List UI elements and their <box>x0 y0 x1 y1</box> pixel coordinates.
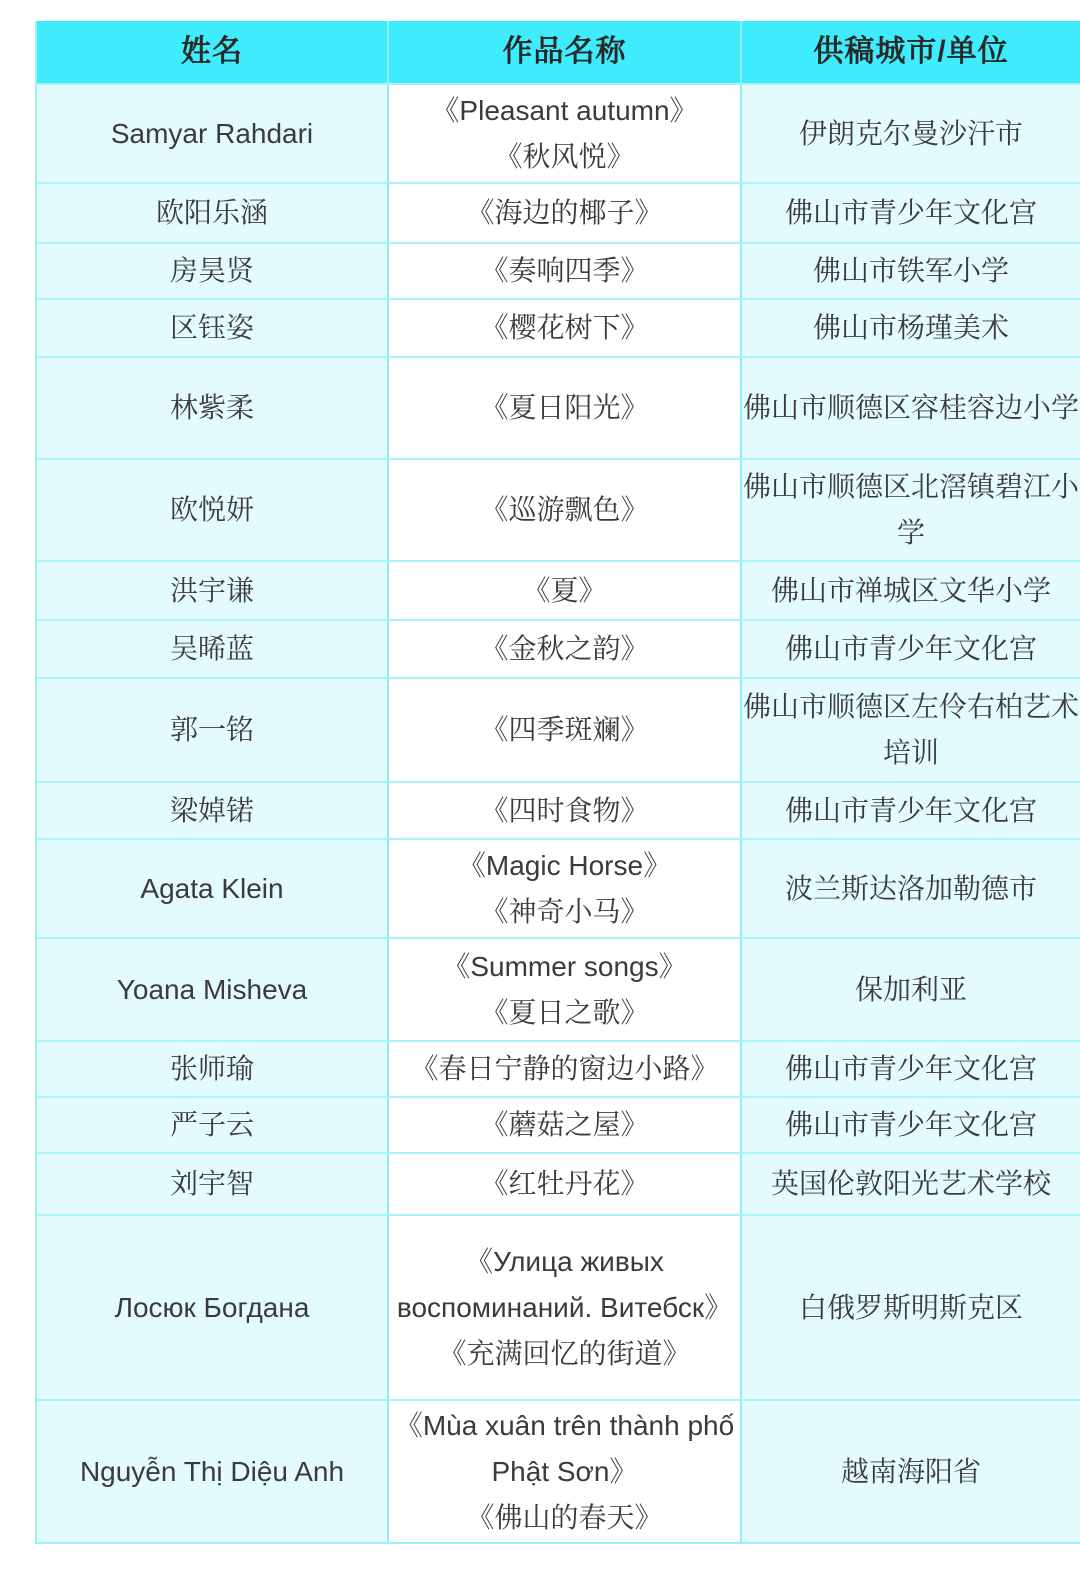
table-row: 林紫柔 《夏日阳光》 佛山市顺德区容桂容边小学 <box>37 356 1080 458</box>
table-row: 房昊贤 《奏响四季》 佛山市铁军小学 <box>37 242 1080 298</box>
cell-city: 保加利亚 <box>740 937 1080 1040</box>
cell-city: 佛山市顺德区北滘镇碧江小学 <box>740 458 1080 560</box>
cell-name: 郭一铭 <box>37 677 387 781</box>
cell-name: Samyar Rahdari <box>37 83 387 182</box>
cell-name: 严子云 <box>37 1096 387 1152</box>
cell-city: 佛山市禅城区文华小学 <box>740 560 1080 619</box>
cell-city: 佛山市青少年文化宫 <box>740 1096 1080 1152</box>
cell-city: 佛山市顺德区容桂容边小学 <box>740 356 1080 458</box>
table-row: Nguyễn Thị Diệu Anh 《Mùa xuân trên thành… <box>37 1399 1080 1542</box>
column-header-city: 供稿城市/单位 <box>740 21 1080 83</box>
table-row: 欧阳乐涵 《海边的椰子》 佛山市青少年文化宫 <box>37 182 1080 242</box>
cell-name: 房昊贤 <box>37 242 387 298</box>
cell-work: 《夏日阳光》 <box>387 356 740 458</box>
table-row: 欧悦妍 《巡游飘色》 佛山市顺德区北滘镇碧江小学 <box>37 458 1080 560</box>
cell-city: 越南海阳省 <box>740 1399 1080 1542</box>
table-row: 梁婥锘 《四时食物》 佛山市青少年文化宫 <box>37 781 1080 838</box>
cell-city: 英国伦敦阳光艺术学校 <box>740 1152 1080 1214</box>
table-row: 吴晞蓝 《金秋之韵》 佛山市青少年文化宫 <box>37 619 1080 677</box>
cell-city: 波兰斯达洛加勒德市 <box>740 838 1080 937</box>
cell-name: 欧阳乐涵 <box>37 182 387 242</box>
cell-name: 区钰姿 <box>37 298 387 356</box>
cell-city: 佛山市青少年文化宫 <box>740 781 1080 838</box>
cell-city: 佛山市杨瑾美术 <box>740 298 1080 356</box>
cell-work: 《Summer songs》 《夏日之歌》 <box>387 937 740 1040</box>
cell-work: 《夏》 <box>387 560 740 619</box>
table-row: Agata Klein 《Magic Horse》 《神奇小马》 波兰斯达洛加勒… <box>37 838 1080 937</box>
table-header-row: 姓名 作品名称 供稿城市/单位 <box>37 21 1080 83</box>
table-row: 刘宇智 《红牡丹花》 英国伦敦阳光艺术学校 <box>37 1152 1080 1214</box>
cell-name: Nguyễn Thị Diệu Anh <box>37 1399 387 1542</box>
table-row: 区钰姿 《樱花树下》 佛山市杨瑾美术 <box>37 298 1080 356</box>
cell-name: 欧悦妍 <box>37 458 387 560</box>
cell-name: Yoana Misheva <box>37 937 387 1040</box>
table-row: Samyar Rahdari 《Pleasant autumn》 《秋风悦》 伊… <box>37 83 1080 182</box>
cell-work: 《樱花树下》 <box>387 298 740 356</box>
cell-work: 《Pleasant autumn》 《秋风悦》 <box>387 83 740 182</box>
cell-work: 《春日宁静的窗边小路》 <box>387 1040 740 1096</box>
cell-work: 《Mùa xuân trên thành phố Phật Sơn》 《佛山的春… <box>387 1399 740 1542</box>
contribution-table: 姓名 作品名称 供稿城市/单位 Samyar Rahdari 《Pleasant… <box>35 21 1080 1544</box>
cell-work: 《巡游飘色》 <box>387 458 740 560</box>
table-row: 郭一铭 《四季斑斓》 佛山市顺德区左伶右柏艺术培训 <box>37 677 1080 781</box>
cell-city: 佛山市青少年文化宫 <box>740 619 1080 677</box>
cell-work: 《蘑菇之屋》 <box>387 1096 740 1152</box>
cell-work: 《红牡丹花》 <box>387 1152 740 1214</box>
cell-name: 洪宇谦 <box>37 560 387 619</box>
cell-work: 《Magic Horse》 《神奇小马》 <box>387 838 740 937</box>
cell-name: Agata Klein <box>37 838 387 937</box>
cell-work: 《金秋之韵》 <box>387 619 740 677</box>
cell-name: 张师瑜 <box>37 1040 387 1096</box>
cell-city: 佛山市铁军小学 <box>740 242 1080 298</box>
table-row: 严子云 《蘑菇之屋》 佛山市青少年文化宫 <box>37 1096 1080 1152</box>
table-row: 洪宇谦 《夏》 佛山市禅城区文华小学 <box>37 560 1080 619</box>
column-header-name: 姓名 <box>37 21 387 83</box>
cell-city: 佛山市青少年文化宫 <box>740 1040 1080 1096</box>
cell-name: 吴晞蓝 <box>37 619 387 677</box>
cell-work: 《Улица живых воспоминаний. Витебск》 《充满回… <box>387 1214 740 1399</box>
column-header-work: 作品名称 <box>387 21 740 83</box>
cell-name: 梁婥锘 <box>37 781 387 838</box>
cell-city: 佛山市青少年文化宫 <box>740 182 1080 242</box>
cell-work: 《奏响四季》 <box>387 242 740 298</box>
cell-city: 伊朗克尔曼沙汗市 <box>740 83 1080 182</box>
cell-work: 《海边的椰子》 <box>387 182 740 242</box>
cell-name: 刘宇智 <box>37 1152 387 1214</box>
table-row: Yoana Misheva 《Summer songs》 《夏日之歌》 保加利亚 <box>37 937 1080 1040</box>
cell-city: 白俄罗斯明斯克区 <box>740 1214 1080 1399</box>
table-row: Лосюк Богдана 《Улица живых воспоминаний.… <box>37 1214 1080 1399</box>
cell-city: 佛山市顺德区左伶右柏艺术培训 <box>740 677 1080 781</box>
cell-name: 林紫柔 <box>37 356 387 458</box>
cell-work: 《四季斑斓》 <box>387 677 740 781</box>
cell-name: Лосюк Богдана <box>37 1214 387 1399</box>
cell-work: 《四时食物》 <box>387 781 740 838</box>
page: 姓名 作品名称 供稿城市/单位 Samyar Rahdari 《Pleasant… <box>0 0 1080 1587</box>
table-row: 张师瑜 《春日宁静的窗边小路》 佛山市青少年文化宫 <box>37 1040 1080 1096</box>
